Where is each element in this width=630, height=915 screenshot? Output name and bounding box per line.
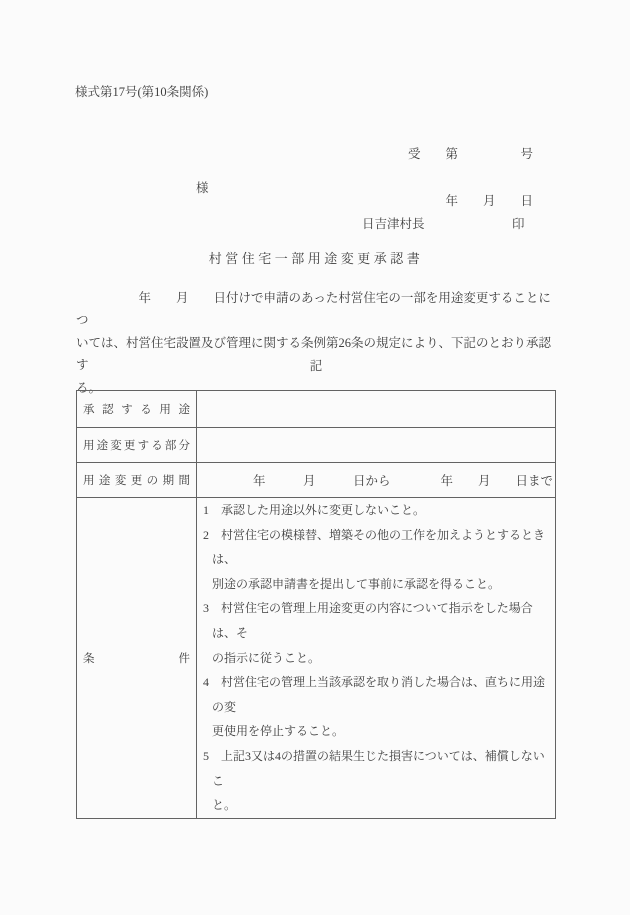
- condition-item: 4 村営住宅の管理上当該承認を取り消した場合は、直ちに用途の変 更使用を停止する…: [203, 670, 551, 744]
- approval-table: 承認する用途 用途変更する部分 用途変更の期間 年 月 日から 年 月 日まで …: [76, 390, 556, 819]
- body-paragraph: 年 月 日付けで申請のあった村営住宅の一部を用途変更することにつ いては、村営住…: [76, 287, 563, 399]
- document-page: 様式第17号(第10条関係) 受 第 号 年 月 日 様 日吉津村長 印 村営住…: [0, 0, 630, 915]
- cell-conditions: 1 承認した用途以外に変更しないこと。 2 村営住宅の模様替、増築その他の工作を…: [197, 498, 556, 819]
- table-row: 用途変更の期間 年 月 日から 年 月 日まで: [77, 463, 556, 498]
- row-header-conditions: 条件: [77, 498, 197, 819]
- document-title: 村営住宅一部用途変更承認書: [76, 251, 556, 268]
- row-header-change-period: 用途変更の期間: [77, 463, 197, 498]
- table-row: 承認する用途: [77, 391, 556, 428]
- condition-item: 1 承認した用途以外に変更しないこと。: [203, 498, 551, 523]
- condition-item: 3 村営住宅の管理上用途変更の内容について指示をした場合は、そ の指示に従うこと…: [203, 596, 551, 670]
- record-marker: 記: [76, 358, 556, 374]
- receipt-number-line: 受 第 号: [408, 143, 533, 167]
- cell-changed-part: [197, 428, 556, 463]
- addressee-suffix: 様: [196, 180, 209, 196]
- table-row: 条件 1 承認した用途以外に変更しないこと。 2 村営住宅の模様替、増築その他の…: [77, 498, 556, 819]
- row-header-changed-part: 用途変更する部分: [77, 428, 197, 463]
- row-header-approved-use: 承認する用途: [77, 391, 197, 428]
- receipt-date-line: 年 月 日: [408, 190, 533, 214]
- condition-item: 2 村営住宅の模様替、増築その他の工作を加えようとするときは、 別途の承認申請書…: [203, 523, 551, 597]
- table-row: 用途変更する部分: [77, 428, 556, 463]
- condition-item: 5 上記3又は4の措置の結果生じた損害については、補償しないこ と。: [203, 744, 551, 818]
- issuer-seal-line: 日吉津村長 印: [362, 216, 525, 232]
- cell-change-period: 年 月 日から 年 月 日まで: [197, 463, 556, 498]
- form-number: 様式第17号(第10条関係): [75, 84, 208, 100]
- cell-approved-use: [197, 391, 556, 428]
